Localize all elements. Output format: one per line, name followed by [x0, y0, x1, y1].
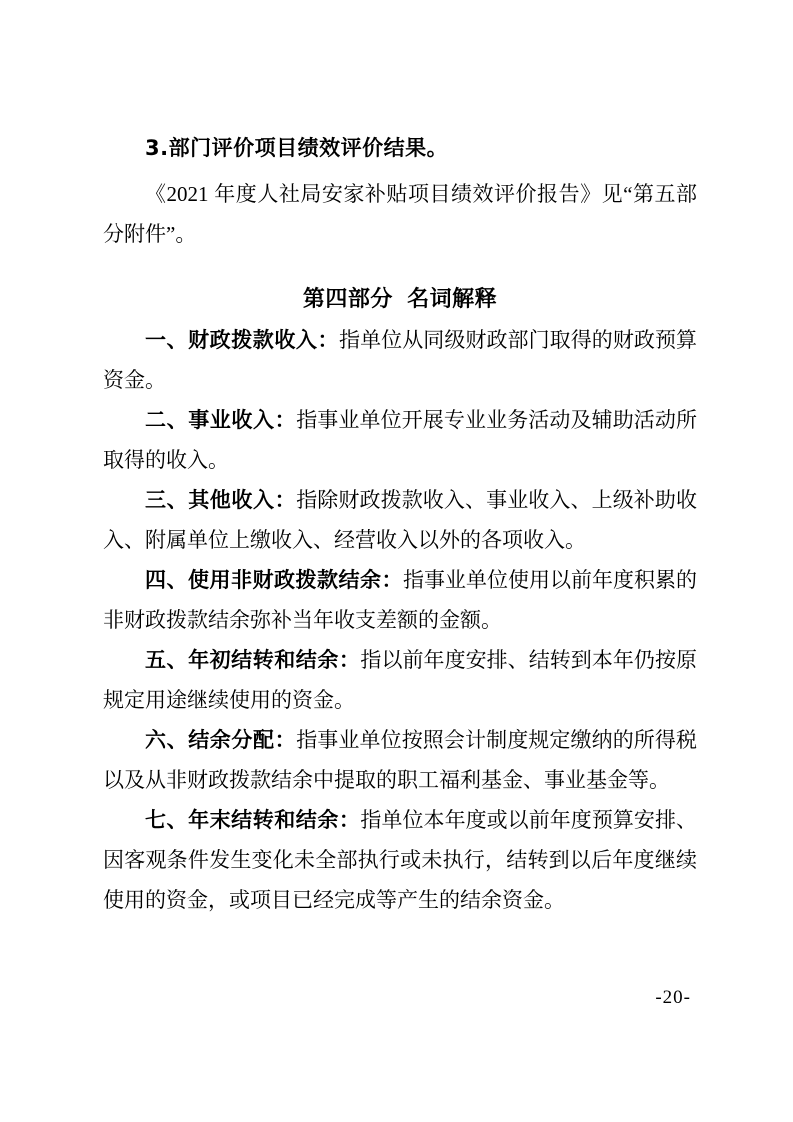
term-paragraph: 七、年末结转和结余：指单位本年度或以前年度预算安排、因客观条件发生变化未全部执行… [103, 800, 697, 920]
term-paragraph: 六、结余分配：指事业单位按照会计制度规定缴纳的所得税以及从非财政拨款结余中提取的… [103, 720, 697, 800]
term-paragraph: 二、事业收入：指事业单位开展专业业务活动及辅助活动所取得的收入。 [103, 400, 697, 480]
term-paragraph: 三、其他收入：指除财政拨款收入、事业收入、上级补助收入、附属单位上缴收入、经营收… [103, 480, 697, 560]
term-lead: 七、年末结转和结余： [145, 808, 360, 832]
term-lead: 四、使用非财政拨款结余： [145, 568, 403, 592]
document-page: 3.部门评价项目绩效评价结果。 《2021 年度人社局安家补贴项目绩效评价报告》… [0, 0, 793, 1122]
term-lead: 五、年初结转和结余： [145, 648, 360, 672]
item-heading: 3.部门评价项目绩效评价结果。 [103, 128, 697, 168]
term-lead: 三、其他收入： [145, 488, 296, 512]
term-lead: 二、事业收入： [145, 408, 296, 432]
term-paragraph: 五、年初结转和结余：指以前年度安排、结转到本年仍按原规定用途继续使用的资金。 [103, 640, 697, 720]
section-title: 第四部分 名词解释 [103, 280, 697, 320]
term-paragraph: 四、使用非财政拨款结余：指事业单位使用以前年度积累的非财政拨款结余弥补当年收支差… [103, 560, 697, 640]
term-lead: 一、财政拨款收入： [145, 328, 339, 352]
term-paragraph: 一、财政拨款收入：指单位从同级财政部门取得的财政预算资金。 [103, 320, 697, 400]
page-number: -20- [655, 986, 691, 1010]
report-reference-paragraph: 《2021 年度人社局安家补贴项目绩效评价报告》见“第五部分附件”。 [103, 174, 697, 254]
term-lead: 六、结余分配： [145, 728, 296, 752]
